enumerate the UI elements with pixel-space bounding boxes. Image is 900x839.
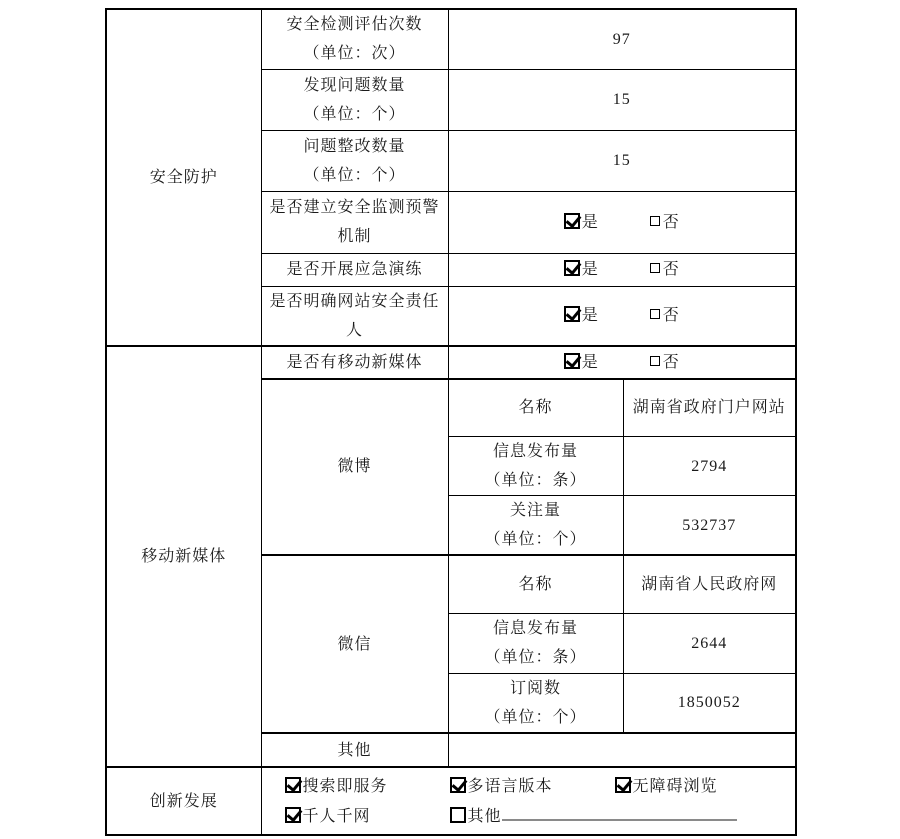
yes-label: 是	[582, 354, 599, 371]
question2-line1: 是否开展应急演练	[286, 261, 422, 278]
other-media-label-cell: 其他	[261, 733, 448, 767]
table-row: 安全防护 安全检测评估次数 （单位：次） 97	[106, 9, 796, 69]
checkbox-checked-icon	[615, 777, 631, 793]
innovation-option-label: 搜索即服务	[303, 778, 388, 795]
annual-report-table: 安全防护 安全检测评估次数 （单位：次） 97 发现问题数量 （单位：个） 15…	[105, 8, 797, 836]
innovation-option-label: 千人千网	[303, 808, 371, 825]
wechat-subs-label: 订阅数	[449, 674, 623, 703]
question1-line2: 机制	[262, 222, 448, 251]
has-newmedia-answer-cell: 是 否	[448, 346, 796, 379]
table-row: 移动新媒体 是否有移动新媒体 是 否	[106, 346, 796, 379]
wechat-name-label-cell: 名称	[448, 555, 623, 613]
section-label-security: 安全防护	[106, 9, 261, 346]
checkbox-unchecked-icon	[650, 356, 660, 366]
no-label: 否	[663, 354, 680, 371]
metric1-name: 安全检测评估次数	[262, 10, 448, 39]
metric3-label-cell: 问题整改数量 （单位：个）	[261, 130, 448, 191]
question1-line1: 是否建立安全监测预警	[262, 193, 448, 222]
yes-label: 是	[582, 214, 599, 231]
section-label-innovation: 创新发展	[106, 767, 261, 835]
innovation-options-cell: 搜索即服务 多语言版本 无障碍浏览 千人千网 其他	[261, 767, 796, 835]
metric3-unit: （单位：个）	[262, 161, 448, 190]
weibo-followers-label: 关注量	[449, 496, 623, 525]
checkbox-checked-icon	[564, 306, 580, 322]
blank-fill-line	[502, 807, 737, 821]
wechat-posts-label: 信息发布量	[449, 614, 623, 643]
metric1-unit: （单位：次）	[262, 39, 448, 68]
checkbox-checked-icon	[564, 353, 580, 369]
innovation-option: 千人千网	[285, 802, 450, 831]
no-label: 否	[663, 307, 680, 324]
question3-line1: 是否明确网站安全责任	[262, 287, 448, 316]
wechat-label-cell: 微信	[261, 555, 448, 733]
wechat-subs-label-cell: 订阅数 （单位：个）	[448, 673, 623, 733]
metric2-name: 发现问题数量	[262, 71, 448, 100]
weibo-posts-value: 2794	[623, 437, 796, 496]
wechat-posts-value: 2644	[623, 613, 796, 673]
wechat-subs-unit: （单位：个）	[449, 703, 623, 732]
checkbox-unchecked-icon	[650, 216, 660, 226]
question3-line2: 人	[262, 316, 448, 345]
innovation-option: 无障碍浏览	[615, 772, 718, 801]
innovation-option: 多语言版本	[450, 772, 615, 801]
checkbox-checked-icon	[285, 807, 301, 823]
wechat-posts-unit: （单位：条）	[449, 643, 623, 672]
yes-label: 是	[582, 307, 599, 324]
checkbox-checked-icon	[450, 777, 466, 793]
question1-answer-cell: 是 否	[448, 191, 796, 253]
checkbox-unchecked-icon	[650, 263, 660, 273]
weibo-label-cell: 微博	[261, 379, 448, 556]
checkbox-unchecked-icon	[450, 807, 466, 823]
metric2-label-cell: 发现问题数量 （单位：个）	[261, 69, 448, 130]
metric2-unit: （单位：个）	[262, 100, 448, 129]
has-newmedia-label-cell: 是否有移动新媒体	[261, 346, 448, 379]
yes-label: 是	[582, 261, 599, 278]
checkbox-checked-icon	[564, 213, 580, 229]
metric1-value: 97	[448, 9, 796, 69]
metric3-name: 问题整改数量	[262, 132, 448, 161]
question1-label-cell: 是否建立安全监测预警 机制	[261, 191, 448, 253]
weibo-posts-label: 信息发布量	[449, 437, 623, 466]
innovation-option-label: 多语言版本	[468, 778, 553, 795]
innovation-line-2: 千人千网 其他	[285, 801, 796, 831]
section-label-mobile: 移动新媒体	[106, 346, 261, 768]
question2-answer-cell: 是 否	[448, 253, 796, 286]
innovation-option-label: 无障碍浏览	[633, 778, 718, 795]
innovation-option: 其他	[450, 802, 737, 831]
checkbox-checked-icon	[285, 777, 301, 793]
innovation-option: 搜索即服务	[285, 772, 450, 801]
weibo-name-label-cell: 名称	[448, 379, 623, 437]
question2-label-cell: 是否开展应急演练	[261, 253, 448, 286]
question3-answer-cell: 是 否	[448, 286, 796, 346]
weibo-followers-label-cell: 关注量 （单位：个）	[448, 496, 623, 556]
weibo-posts-label-cell: 信息发布量 （单位：条）	[448, 437, 623, 496]
metric2-value: 15	[448, 69, 796, 130]
metric3-value: 15	[448, 130, 796, 191]
wechat-subs-value: 1850052	[623, 673, 796, 733]
table-row: 创新发展 搜索即服务 多语言版本 无障碍浏览 千人千网 其他	[106, 767, 796, 835]
other-media-value-cell	[448, 733, 796, 767]
wechat-posts-label-cell: 信息发布量 （单位：条）	[448, 613, 623, 673]
weibo-followers-unit: （单位：个）	[449, 525, 623, 554]
weibo-followers-value: 532737	[623, 496, 796, 556]
checkbox-unchecked-icon	[650, 309, 660, 319]
weibo-name-value: 湖南省政府门户网站	[623, 379, 796, 437]
question3-label-cell: 是否明确网站安全责任 人	[261, 286, 448, 346]
metric1-label-cell: 安全检测评估次数 （单位：次）	[261, 9, 448, 69]
weibo-posts-unit: （单位：条）	[449, 466, 623, 495]
no-label: 否	[663, 261, 680, 278]
wechat-name-value: 湖南省人民政府网	[623, 555, 796, 613]
checkbox-checked-icon	[564, 260, 580, 276]
innovation-line-1: 搜索即服务 多语言版本 无障碍浏览	[285, 771, 796, 801]
innovation-option-label: 其他	[468, 808, 502, 825]
no-label: 否	[663, 214, 680, 231]
